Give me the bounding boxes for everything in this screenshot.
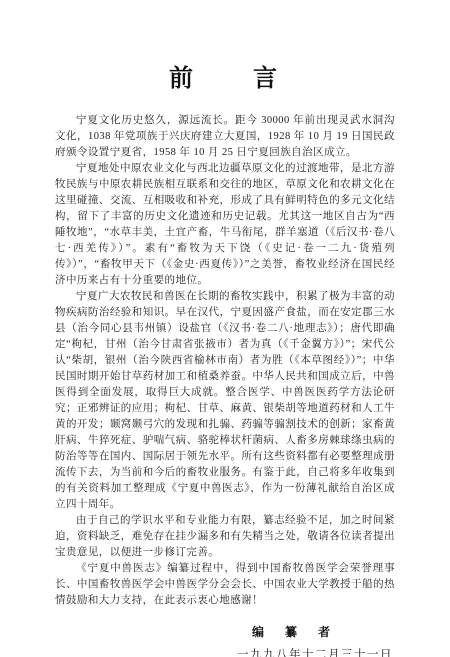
preface-body: 宁夏文化历史悠久，源远流长。距今 30000 年前出现灵武水洞沟文化，1038 … <box>55 113 395 609</box>
paragraph-history: 宁夏文化历史悠久，源远流长。距今 30000 年前出现灵武水洞沟文化，1038 … <box>55 113 395 161</box>
paragraph-veterinary-achievements: 宁夏广大农牧民和兽医在长期的畜牧实践中，积累了极为丰富的动物疾病防治经验和知识。… <box>55 289 395 513</box>
signature-date: 一九九八年十二月三十一日 <box>55 646 393 657</box>
paragraph-geography-culture: 宁夏地处中原农业文化与西北边疆草原文化的过渡地带，是北方游牧民族与中原农耕民族相… <box>55 161 395 289</box>
paragraph-acknowledgement: 《宁夏中兽医志》编纂过程中，得到中国畜牧兽医学会荣誉理事长、中国畜牧兽医学会中兽… <box>55 561 395 609</box>
compiler-signature: 编 纂 者 <box>55 623 339 640</box>
signature-block: 编 纂 者 一九九八年十二月三十一日 <box>55 623 395 657</box>
page-title: 前 言 <box>55 58 395 93</box>
scanned-preface-page: 前 言 宁夏文化历史悠久，源远流长。距今 30000 年前出现灵武水洞沟文化，1… <box>0 0 450 657</box>
paragraph-apology: 由于自己的学识水平和专业能力有限，纂志经验不足，加之时间紧迫，资料缺乏，难免存在… <box>55 513 395 561</box>
